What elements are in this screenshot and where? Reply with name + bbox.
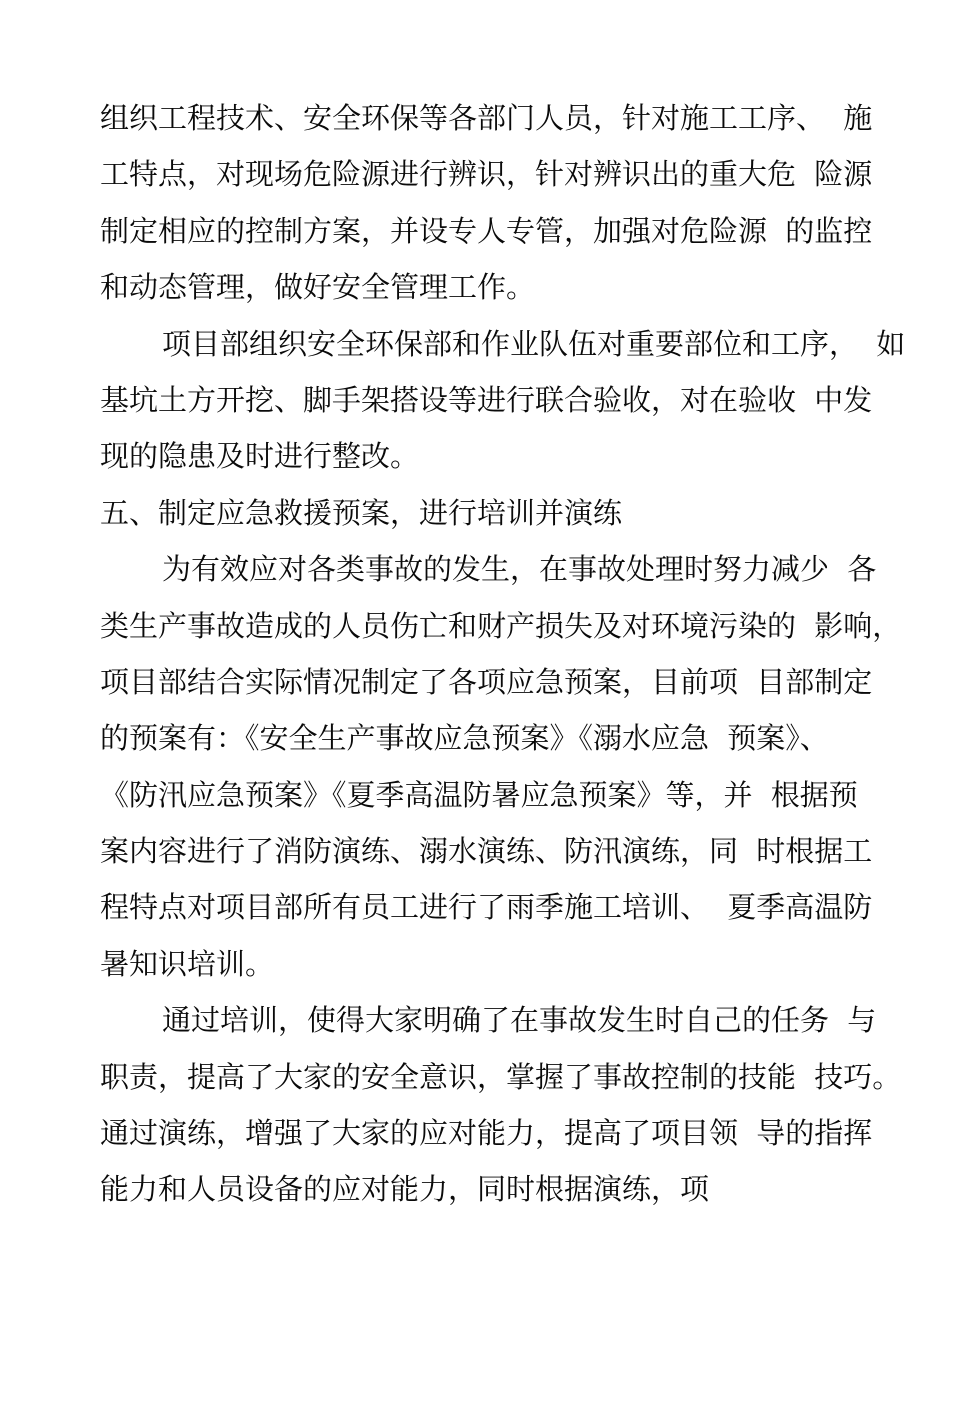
text-line: 能力和人员设备的应对能力，同时根据演练，项 xyxy=(100,1161,872,1217)
text-line: 职责，提高了大家的安全意识，掌握了事故控制的技能 技巧。 xyxy=(100,1049,872,1105)
text-line: 制定相应的控制方案，并设专人专管，加强对危险源 的监控 xyxy=(100,203,872,259)
text-line: 项目部结合实际情况制定了各项应急预案，目前项 目部制定 xyxy=(100,654,872,710)
section-heading: 五、制定应急救援预案，进行培训并演练 xyxy=(100,485,872,541)
document-page: 组织工程技术、安全环保等各部门人员，针对施工工序、 施 工特点，对现场危险源进行… xyxy=(100,90,872,1218)
text-line: 案内容进行了消防演练、溺水演练、防汛演练，同 时根据工 xyxy=(100,823,872,879)
text-line: 程特点对项目部所有员工进行了雨季施工培训、 夏季高温防 xyxy=(100,879,872,935)
text-line: 基坑土方开挖、脚手架搭设等进行联合验收，对在验收 中发 xyxy=(100,372,872,428)
text-line: 为有效应对各类事故的发生，在事故处理时努力减少 各 xyxy=(100,541,872,597)
text-line: 的预案有：《安全生产事故应急预案》《溺水应急 预案》、 xyxy=(100,710,872,766)
text-line: 组织工程技术、安全环保等各部门人员，针对施工工序、 施 xyxy=(100,90,872,146)
text-line: 和动态管理，做好安全管理工作。 xyxy=(100,259,872,315)
document-viewport: 组织工程技术、安全环保等各部门人员，针对施工工序、 施 工特点，对现场危险源进行… xyxy=(0,0,964,1426)
text-line: 《防汛应急预案》《夏季高温防暑应急预案》等，并 根据预 xyxy=(100,767,872,823)
text-line: 通过培训，使得大家明确了在事故发生时自己的任务 与 xyxy=(100,992,872,1048)
text-line: 通过演练，增强了大家的应对能力，提高了项目领 导的指挥 xyxy=(100,1105,872,1161)
text-line: 现的隐患及时进行整改。 xyxy=(100,428,872,484)
text-line: 工特点，对现场危险源进行辨识，针对辨识出的重大危 险源 xyxy=(100,146,872,202)
text-line: 类生产事故造成的人员伤亡和财产损失及对环境污染的 影响， xyxy=(100,598,872,654)
text-line: 暑知识培训。 xyxy=(100,936,872,992)
text-line: 项目部组织安全环保部和作业队伍对重要部位和工序， 如 xyxy=(100,316,872,372)
